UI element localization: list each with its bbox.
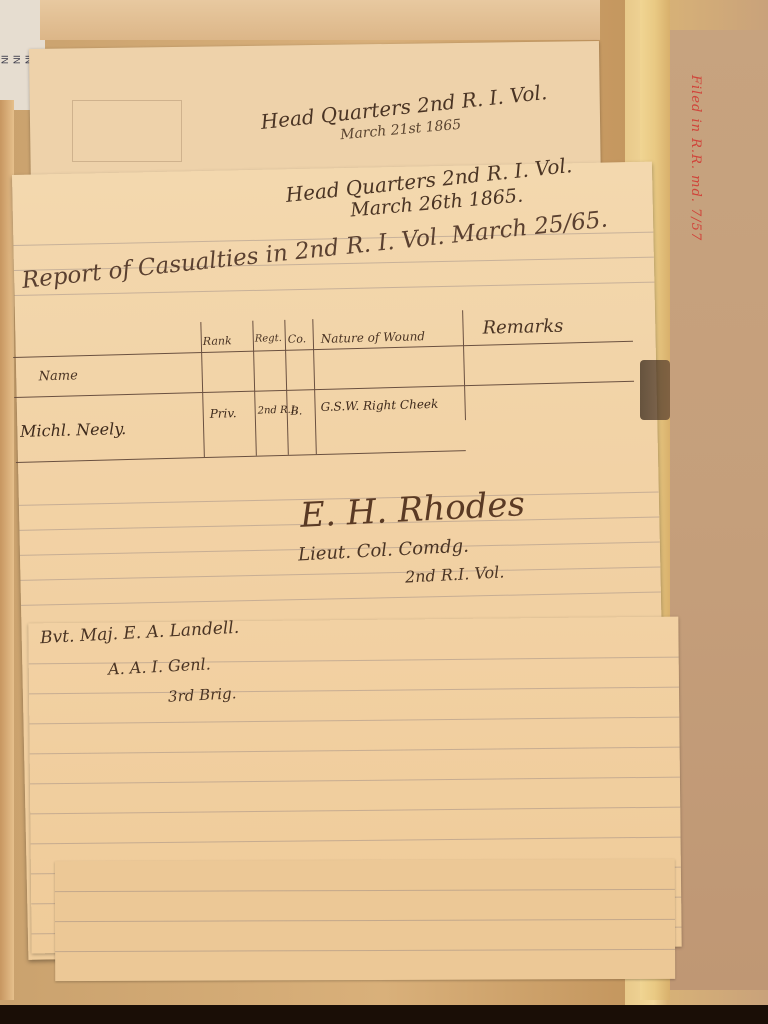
- col-header-wound: Nature of Wound: [321, 329, 426, 346]
- left-paper-edges: [0, 100, 14, 1000]
- col-header-co: Co.: [288, 332, 307, 345]
- archive-tab: NI: [0, 4, 12, 64]
- faint-stamp-box: [72, 100, 182, 162]
- top-paper-strip: [40, 0, 600, 40]
- addressee-brigade: 3rd Brig.: [168, 684, 237, 706]
- side-document: Filed in R.R. md. 7/57: [668, 30, 768, 990]
- red-archival-note: Filed in R.R. md. 7/57: [688, 75, 703, 241]
- cell-wound: G.S.W. Right Cheek: [320, 397, 438, 414]
- casualty-table: Name Rank Regt. Co. Nature of Wound Rema…: [12, 296, 636, 462]
- col-header-regt: Regt.: [255, 333, 282, 345]
- table-surface: [0, 1005, 768, 1024]
- binder-clip: [640, 360, 670, 420]
- cell-co: B.: [291, 404, 303, 417]
- col-header-rank: Rank: [203, 334, 232, 348]
- cell-name: Michl. Neely.: [20, 419, 127, 441]
- col-header-remarks: Remarks: [482, 316, 563, 339]
- bottom-sheet: [55, 859, 675, 981]
- archive-tab: NI: [12, 4, 24, 64]
- cell-rank: Priv.: [210, 406, 237, 421]
- col-header-name: Name: [39, 368, 79, 384]
